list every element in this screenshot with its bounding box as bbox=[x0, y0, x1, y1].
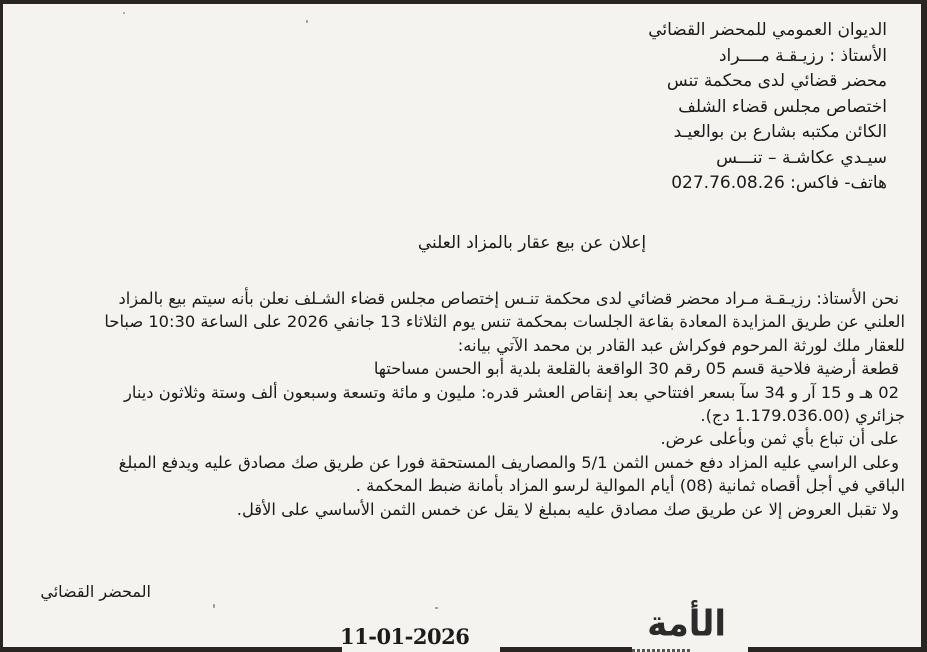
paragraph-line: نحن الأستاذ: رزيـقـة مـراد محضر قضائي لد… bbox=[17, 287, 905, 310]
footer-rule-middle bbox=[500, 647, 632, 652]
footer-rule-right bbox=[748, 647, 927, 652]
paragraph-line: ولا تقبل العروض إلا عن طريق صك مصادق علي… bbox=[17, 498, 905, 521]
paragraph-line: الباقي في أجل أقصاه ثمانية (08) أيام الم… bbox=[17, 474, 905, 497]
bailiff-name: الأستاذ : رزيـقـة مــــراد bbox=[648, 44, 887, 70]
print-speck bbox=[213, 604, 215, 608]
office-name: الديوان العمومي للمحضر القضائي bbox=[648, 18, 887, 44]
address-line: الكائن مكتبه بشارع بن بوالعيـد bbox=[648, 120, 887, 146]
paragraph-line: وعلى الراسي عليه المزاد دفع خمس الثمن 5/… bbox=[17, 451, 905, 474]
notice-title: إعلان عن بيع عقار بالمزاد العلني bbox=[3, 233, 921, 253]
city-line: سيـدي عكاشـة – تنـــس bbox=[648, 146, 887, 172]
footer-rule-left bbox=[0, 647, 342, 652]
jurisdiction-line: اختصاص مجلس قضاء الشلف bbox=[648, 95, 887, 121]
paragraph-line: على أن تباع بأي ثمن وبأعلى عرض. bbox=[17, 427, 905, 450]
phone-fax-line: هاتف- فاكس: 027.76.08.26 bbox=[648, 171, 887, 197]
newspaper-logo: الأمة bbox=[630, 608, 726, 652]
notice-body: نحن الأستاذ: رزيـقـة مـراد محضر قضائي لد… bbox=[17, 287, 905, 521]
paragraph-line: للعقار ملك لورثة المرحوم فوكراش عبد القا… bbox=[17, 334, 905, 357]
print-speck bbox=[306, 20, 308, 23]
publication-date: 11-01-2026 bbox=[340, 624, 469, 649]
print-speck bbox=[435, 607, 438, 609]
paragraph-line: قطعة أرضية فلاحية قسم 05 رقم 30 الواقعة … bbox=[17, 357, 905, 380]
notice-page: الديوان العمومي للمحضر القضائي الأستاذ :… bbox=[0, 0, 927, 652]
paragraph-line: جزائري (1.179.036.00 دج). bbox=[17, 404, 905, 427]
bailiff-office-header: الديوان العمومي للمحضر القضائي الأستاذ :… bbox=[648, 18, 887, 197]
court-line: محضر قضائي لدى محكمة تنس bbox=[648, 69, 887, 95]
paragraph-line: العلني عن طريق المزايدة المعادة بقاعة ال… bbox=[17, 310, 905, 333]
signature: المحضر القضائي bbox=[40, 582, 151, 601]
newspaper-logo-text: الأمة bbox=[647, 601, 726, 647]
print-speck bbox=[123, 12, 125, 14]
paragraph-line: 02 هـ و 15 آر و 34 سآ بسعر افتتاحي بعد إ… bbox=[17, 381, 905, 404]
